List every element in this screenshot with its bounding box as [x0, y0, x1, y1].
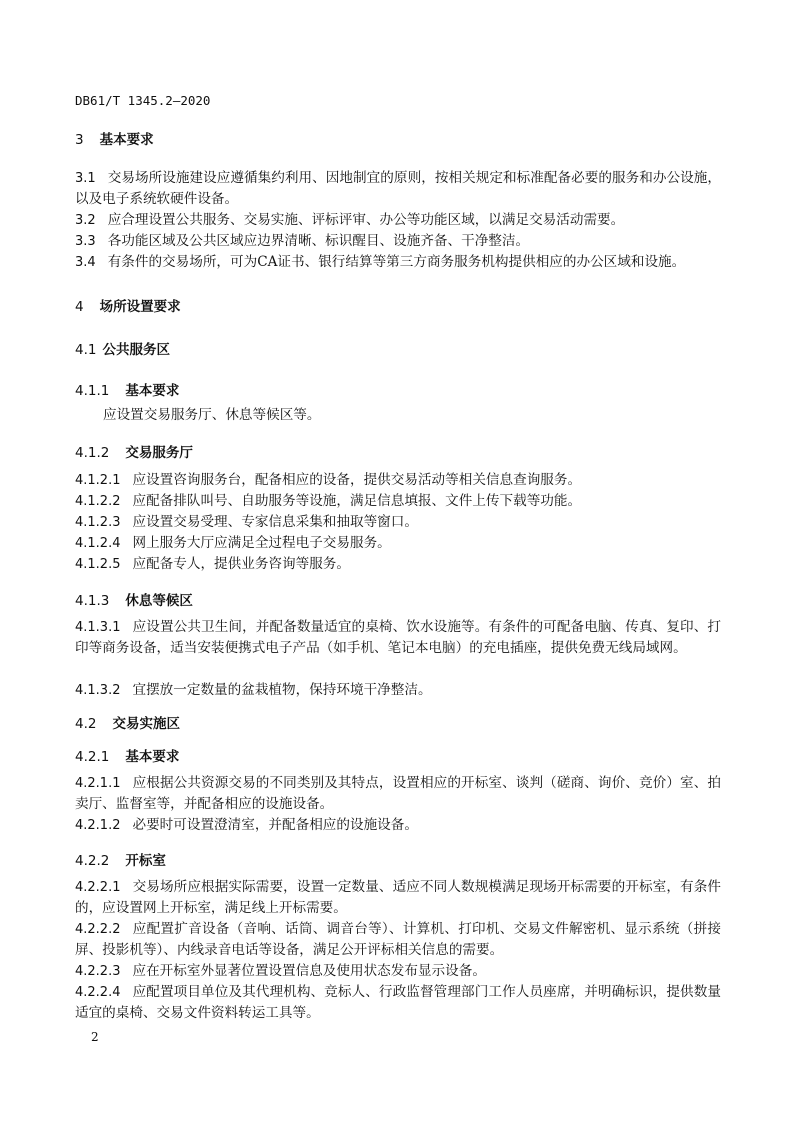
clause-text: 必要时可设置澄清室，并配备相应的设施设备。	[132, 817, 417, 833]
clause-4-2-2-4: 4.2.2.4应配置项目单位及其代理机构、竞标人、行政监督管理部门工作人员座席，…	[75, 982, 721, 1024]
section-title: 交易服务厅	[125, 445, 193, 461]
section-title: 基本要求	[125, 383, 179, 399]
document-code-header: DB61/T 1345.2—2020	[75, 93, 210, 108]
clause-4-1-3-2: 4.1.3.2宜摆放一定数量的盆栽植物，保持环境干净整洁。	[75, 680, 721, 701]
clause-4-1-2-2: 4.1.2.2应配备排队叫号、自助服务等设施，满足信息填报、文件上传下载等功能。	[75, 491, 721, 512]
section-number: 3	[75, 132, 84, 148]
clause-number: 3.1	[75, 171, 96, 186]
clause-number: 4.2.2.3	[75, 964, 120, 979]
clause-number: 4.1.3.2	[75, 683, 120, 698]
clause-3-3: 3.3各功能区域及公共区域应边界清晰、标识醒目、设施齐备、干净整洁。	[75, 231, 721, 252]
section-heading-4-2-2: 4.2.2开标室	[75, 849, 721, 869]
clause-3-1: 3.1交易场所设施建设应遵循集约利用、因地制宜的原则，按相关规定和标准配备必要的…	[75, 168, 721, 210]
clause-number: 4.2.1.1	[75, 776, 120, 791]
section-title: 休息等候区	[125, 593, 193, 609]
clause-number: 4.2.2.4	[75, 985, 120, 1000]
clause-4-2-2-1: 4.2.2.1交易场所应根据实际需要，设置一定数量、适应不同人数规模满足现场开标…	[75, 877, 721, 919]
clause-number: 4.2.1.2	[75, 818, 120, 833]
clause-text: 应配置扩音设备（音响、话筒、调音台等）、计算机、打印机、交易文件解密机、显示系统…	[75, 921, 721, 958]
section-heading-4-1-3: 4.1.3休息等候区	[75, 589, 721, 609]
clause-4-1-2-3: 4.1.2.3应设置交易受理、专家信息采集和抽取等窗口。	[75, 512, 721, 533]
section-title: 交易实施区	[112, 716, 180, 732]
clause-text: 交易场所应根据实际需要，设置一定数量、适应不同人数规模满足现场开标需要的开标室，…	[75, 879, 721, 916]
clause-text: 应设置咨询服务台，配备相应的设备，提供交易活动等相关信息查询服务。	[132, 472, 581, 488]
section-heading-4-1-2: 4.1.2交易服务厅	[75, 441, 721, 461]
clause-4-2-1-1: 4.2.1.1应根据公共资源交易的不同类别及其特点，设置相应的开标室、谈判（磋商…	[75, 773, 721, 815]
clause-4-2-2-2: 4.2.2.2应配置扩音设备（音响、话筒、调音台等）、计算机、打印机、交易文件解…	[75, 919, 721, 961]
section-number: 4.1	[75, 342, 96, 358]
section-heading-3: 3基本要求	[75, 128, 721, 148]
paragraph-4-1-1: 应设置交易服务厅、休息等候区等。	[75, 405, 721, 426]
section-number: 4.2.2	[75, 853, 109, 869]
section-number: 4	[75, 299, 84, 315]
clause-4-2-2-3: 4.2.2.3应在开标室外显著位置设置信息及使用状态发布显示设备。	[75, 961, 721, 982]
clause-3-2: 3.2应合理设置公共服务、交易实施、评标评审、办公等功能区域，以满足交易活动需要…	[75, 210, 721, 231]
section-heading-4-2: 4.2交易实施区	[75, 712, 721, 732]
section-heading-4-2-1: 4.2.1基本要求	[75, 745, 721, 765]
clause-text: 应在开标室外显著位置设置信息及使用状态发布显示设备。	[132, 963, 485, 979]
clause-text: 应配备专人，提供业务咨询等服务。	[132, 556, 350, 572]
clause-text: 宜摆放一定数量的盆栽植物，保持环境干净整洁。	[132, 682, 431, 698]
section-heading-4: 4场所设置要求	[75, 295, 721, 315]
section-number: 4.2	[75, 716, 96, 732]
clause-text: 交易场所设施建设应遵循集约利用、因地制宜的原则，按相关规定和标准配备必要的服务和…	[75, 170, 721, 207]
section-title: 基本要求	[125, 749, 179, 765]
section-number: 4.1.2	[75, 445, 109, 461]
clause-4-1-2-1: 4.1.2.1应设置咨询服务台，配备相应的设备，提供交易活动等相关信息查询服务。	[75, 470, 721, 491]
clause-text: 各功能区域及公共区域应边界清晰、标识醒目、设施齐备、干净整洁。	[108, 233, 529, 249]
clause-number: 4.1.2.5	[75, 557, 120, 572]
section-heading-4-1-1: 4.1.1基本要求	[75, 379, 721, 399]
clause-text: 应合理设置公共服务、交易实施、评标评审、办公等功能区域，以满足交易活动需要。	[108, 212, 625, 228]
section-title: 场所设置要求	[100, 299, 181, 315]
clause-text: 应配备排队叫号、自助服务等设施，满足信息填报、文件上传下载等功能。	[132, 493, 581, 509]
section-title: 公共服务区	[102, 342, 170, 358]
section-title: 基本要求	[100, 132, 154, 148]
section-heading-4-1: 4.1公共服务区	[75, 338, 721, 358]
clause-4-2-1-2: 4.2.1.2必要时可设置澄清室，并配备相应的设施设备。	[75, 815, 721, 836]
clause-number: 4.1.2.4	[75, 536, 120, 551]
clause-number: 3.3	[75, 234, 96, 249]
clause-3-4: 3.4有条件的交易场所，可为CA证书、银行结算等第三方商务服务机构提供相应的办公…	[75, 252, 721, 273]
clause-4-1-2-4: 4.1.2.4网上服务大厅应满足全过程电子交易服务。	[75, 533, 721, 554]
clause-text: 有条件的交易场所，可为CA证书、银行结算等第三方商务服务机构提供相应的办公区域和…	[108, 254, 686, 270]
section-number: 4.1.1	[75, 383, 109, 399]
clause-number: 4.1.2.1	[75, 473, 120, 488]
clause-number: 4.2.2.1	[75, 880, 120, 895]
clause-text: 网上服务大厅应满足全过程电子交易服务。	[132, 535, 390, 551]
page-number: 2	[91, 1030, 99, 1044]
clause-number: 4.1.2.3	[75, 515, 120, 530]
section-title: 开标室	[125, 853, 166, 869]
clause-4-1-2-5: 4.1.2.5应配备专人，提供业务咨询等服务。	[75, 554, 721, 575]
clause-number: 4.1.3.1	[75, 620, 120, 635]
clause-4-1-3-1: 4.1.3.1应设置公共卫生间，并配备数量适宜的桌椅、饮水设施等。有条件的可配备…	[75, 617, 721, 659]
clause-number: 3.4	[75, 255, 96, 270]
section-number: 4.2.1	[75, 749, 109, 765]
clause-number: 4.1.2.2	[75, 494, 120, 509]
clause-text: 应设置交易受理、专家信息采集和抽取等窗口。	[132, 514, 417, 530]
clause-text: 应设置公共卫生间，并配备数量适宜的桌椅、饮水设施等。有条件的可配备电脑、传真、复…	[75, 619, 721, 656]
clause-number: 4.2.2.2	[75, 922, 120, 937]
clause-text: 应根据公共资源交易的不同类别及其特点，设置相应的开标室、谈判（磋商、询价、竞价）…	[75, 775, 721, 812]
section-number: 4.1.3	[75, 593, 109, 609]
clause-text: 应配置项目单位及其代理机构、竞标人、行政监督管理部门工作人员座席，并明确标识，提…	[75, 984, 721, 1021]
clause-number: 3.2	[75, 213, 96, 228]
